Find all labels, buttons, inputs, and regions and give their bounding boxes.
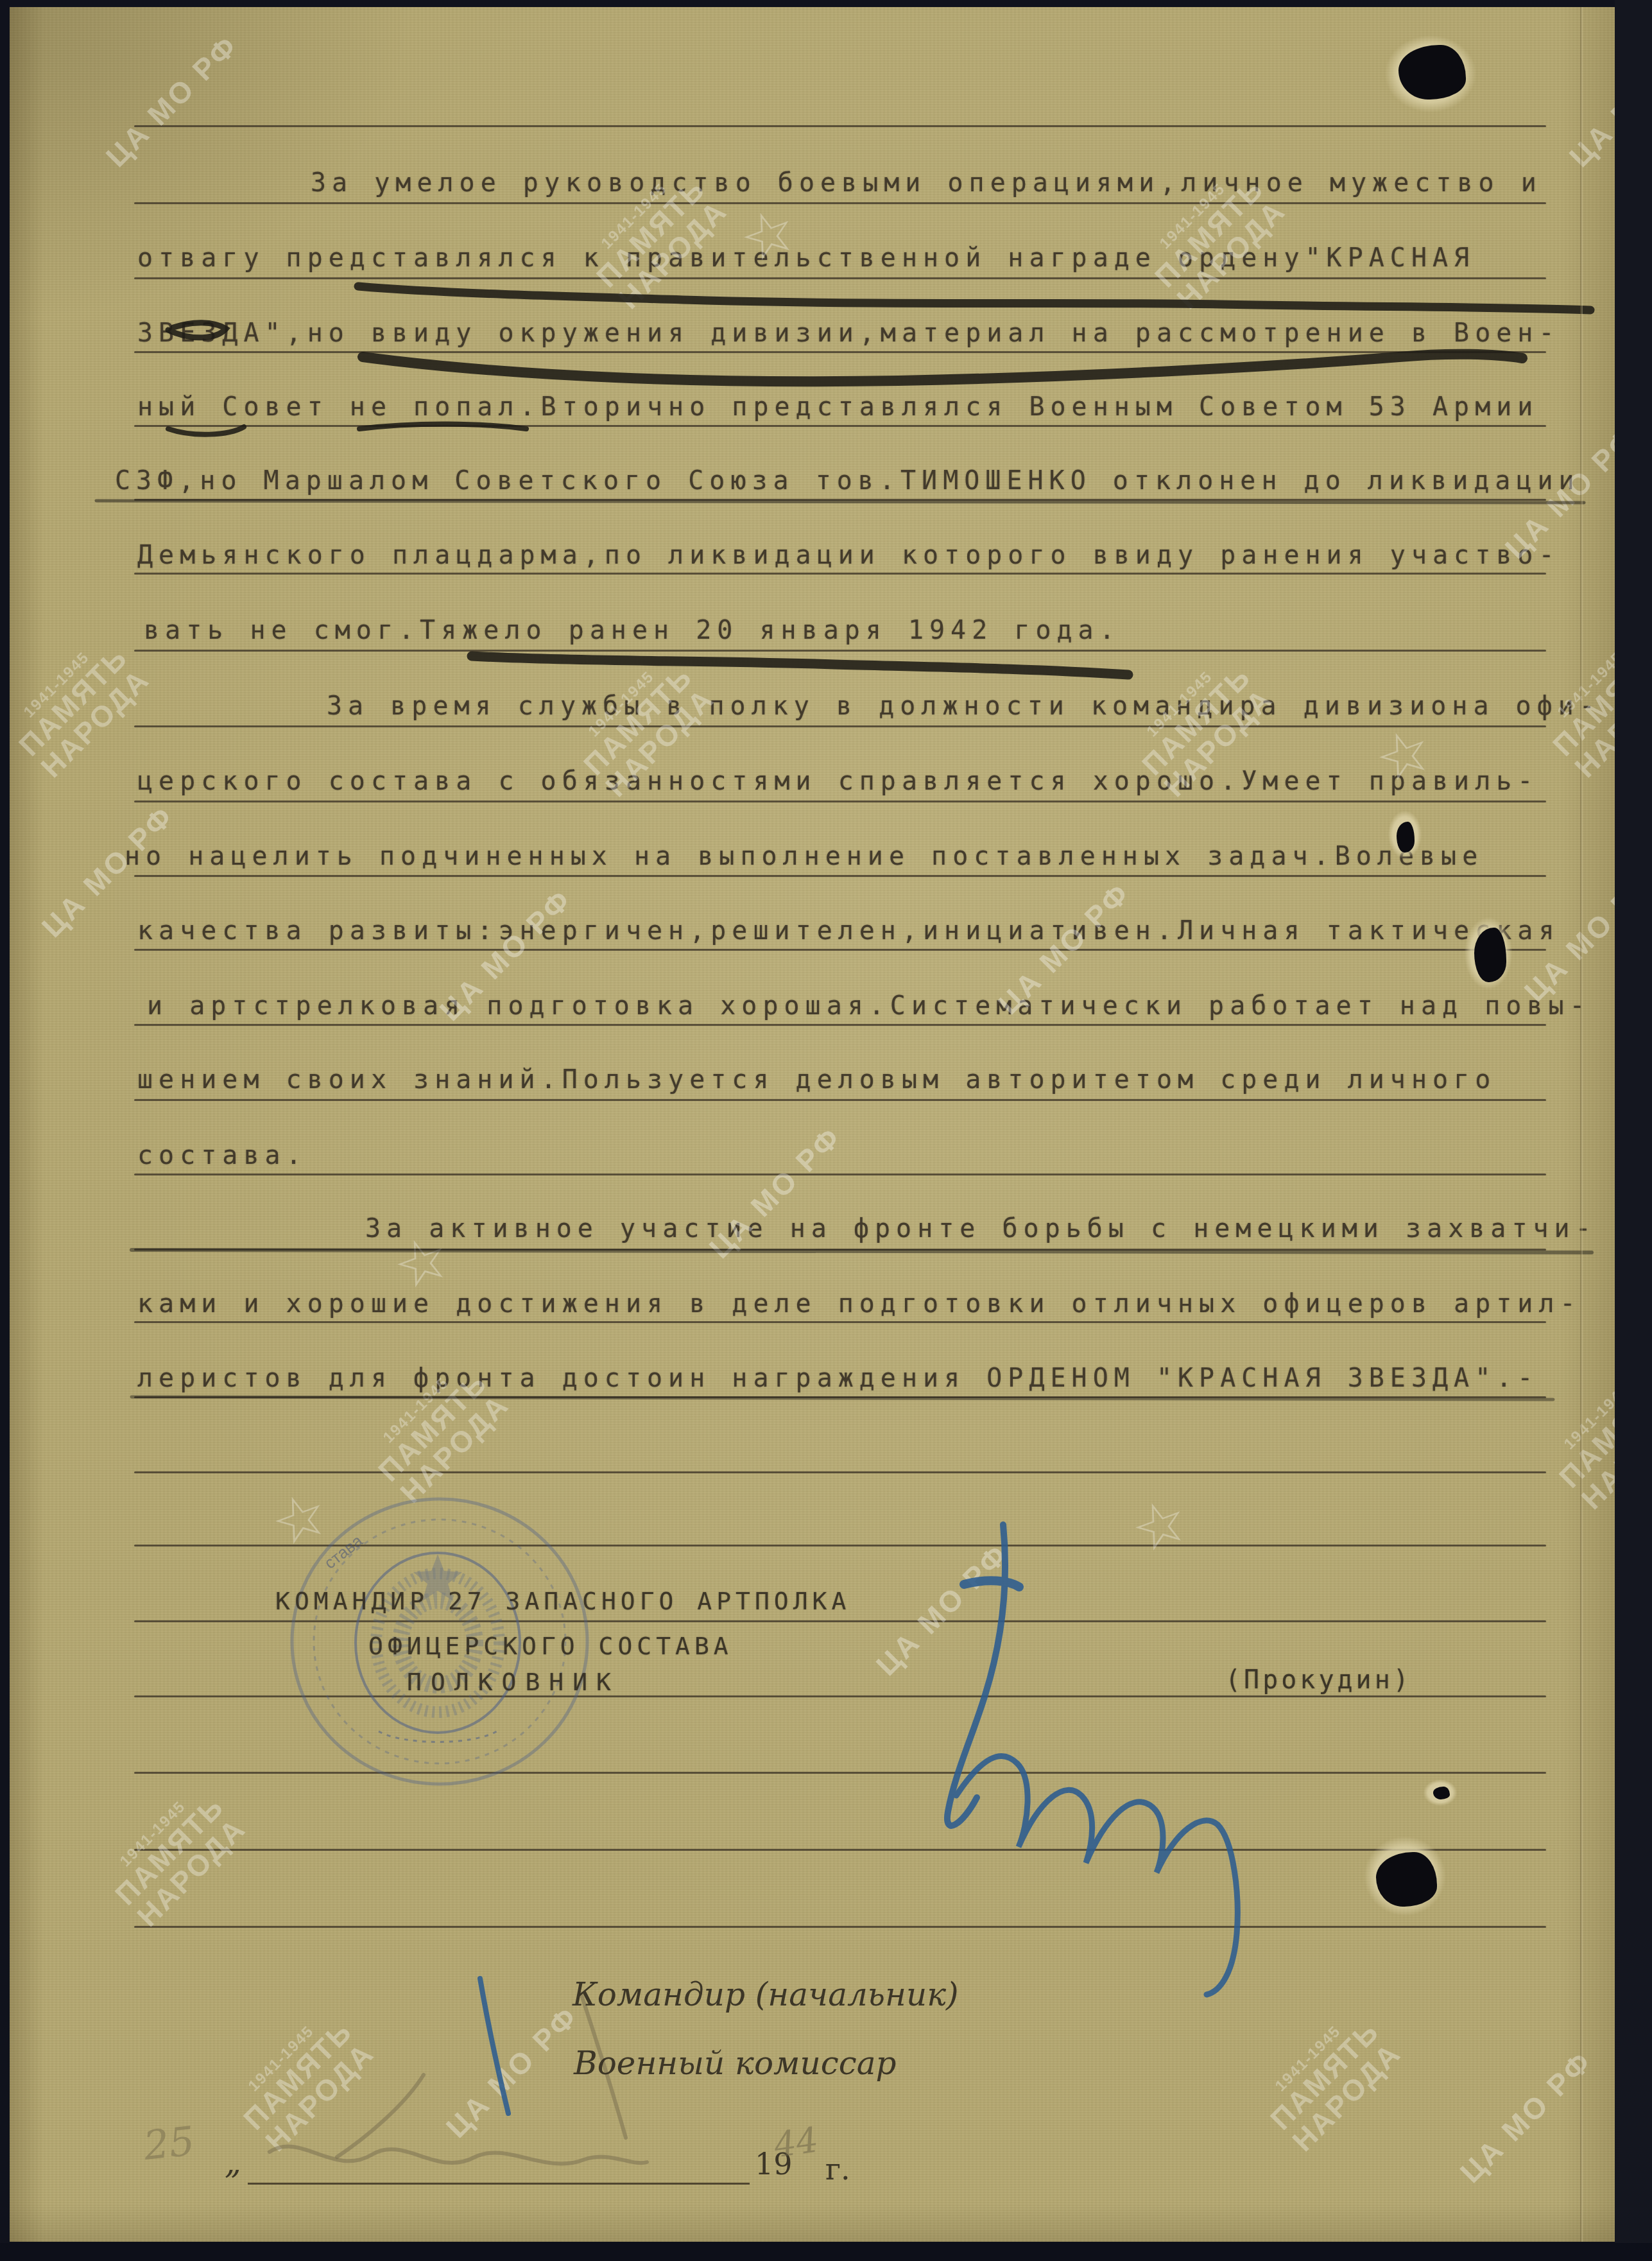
watermark-memory-text: 1941-1945ПАМЯТЬНАРОДА	[98, 1779, 252, 1932]
scanned-document-page: За умелое руководство боевыми операциями…	[0, 0, 1652, 2261]
typed-line: ный Совет не попал.Вторично представлялс…	[137, 392, 1538, 422]
paper-hole	[1382, 802, 1427, 867]
typed-line: и артстрелковая подготовка хорошая.Систе…	[147, 991, 1591, 1021]
signee-name: (Прокудин)	[1225, 1665, 1412, 1695]
date-fill-line	[248, 2183, 750, 2185]
paper-sheet: За умелое руководство боевыми операциями…	[9, 6, 1617, 2242]
paper-hole	[1350, 1823, 1459, 1929]
ruled-line	[134, 425, 1546, 427]
ruled-line	[134, 351, 1546, 353]
ruled-line	[134, 1772, 1546, 1774]
ruled-line	[134, 1545, 1546, 1546]
watermark-memory-text: 1941-1945ПАМЯТЬНАРОДА	[1253, 2004, 1407, 2157]
ruled-line	[134, 1471, 1546, 1473]
ruled-line	[134, 277, 1546, 279]
typed-line: ЗВЕЗДА",но ввиду окружения дивизии,матер…	[137, 318, 1560, 348]
hole-dark-center	[1398, 45, 1466, 100]
hole-dark-center	[1433, 1787, 1450, 1799]
ruled-line	[134, 1174, 1546, 1175]
watermark-memory-text: 1941-1945ПАМЯТЬНАРОДА	[2, 630, 155, 783]
commissar-label: Военный комиссар	[574, 2045, 897, 2082]
watermark-star-icon: ☆	[261, 1476, 338, 1563]
commander-label: Командир (начальник)	[572, 1976, 959, 2013]
hole-dark-center	[1474, 928, 1506, 982]
year-g-label: г.	[825, 2152, 850, 2187]
pen-underline	[363, 354, 1522, 382]
ruled-line	[134, 1849, 1546, 1851]
ruled-line	[134, 202, 1546, 204]
typed-line: церского состава с обязанностями справля…	[137, 767, 1538, 796]
paper-hole	[1370, 22, 1492, 125]
pen-underline	[358, 286, 1590, 310]
ruled-line	[134, 125, 1546, 127]
watermark-archive-text: ЦА МО РФ	[869, 1536, 1015, 1683]
scan-edge-right	[1615, 0, 1652, 2261]
handwritten-year-suffix: 44	[771, 2120, 821, 2166]
typed-line: шением своих знаний.Пользуется деловым а…	[137, 1065, 1496, 1095]
scan-edge-bottom	[0, 2243, 1652, 2261]
ruled-line	[134, 949, 1546, 951]
ruled-line	[134, 1695, 1546, 1697]
scan-edge-top	[0, 0, 1652, 7]
hole-dark-center	[1376, 1852, 1437, 1907]
typed-line: качества развиты:энергичен,решителен,ини…	[137, 916, 1560, 946]
ruled-line	[134, 1024, 1546, 1026]
typed-line: За умелое руководство боевыми операциями…	[311, 168, 1542, 198]
watermark-memory-text: 1941-1945ПАМЯТЬНАРОДА	[227, 2004, 380, 2157]
watermark-archive-text: ЦА МО РФ	[439, 1998, 585, 2145]
ruled-line	[134, 1926, 1546, 1928]
hole-dark-center	[1397, 822, 1415, 853]
ruled-line	[134, 1321, 1546, 1323]
fold-crease	[1580, 6, 1583, 2242]
paper-hole	[1418, 1775, 1463, 1810]
ruled-line	[134, 1249, 1546, 1251]
ruled-line	[134, 1099, 1546, 1101]
ruled-line	[134, 573, 1546, 575]
ruled-line	[134, 1396, 1546, 1398]
typed-line: ками и хорошие достижения в деле подгото…	[137, 1289, 1581, 1319]
ruled-line	[134, 499, 1546, 501]
ruled-line	[134, 801, 1546, 802]
typed-line: но нацелить подчиненных на выполнение по…	[125, 842, 1483, 871]
typed-line: вать не смог.Тяжело ранен 20 января 1942…	[144, 616, 1121, 645]
signature-block-line1: КОМАНДИР 27 ЗАПАСНОГО АРТПОЛКА	[275, 1587, 850, 1615]
ruled-line	[134, 875, 1546, 877]
typed-line: леристов для фронта достоин награждения …	[137, 1364, 1538, 1393]
pen-underline	[472, 656, 1128, 675]
watermark-star-icon: ☆	[1121, 1482, 1198, 1569]
signature-block-line2: ОФИЦЕРСКОГО СОСТАВА	[368, 1632, 733, 1660]
typed-line: Демьянского плацдарма,по ликвидации кото…	[137, 541, 1560, 570]
paper-hole	[1456, 905, 1520, 1001]
handwritten-day: 25	[141, 2117, 196, 2169]
watermark-archive-text: ЦА МО РФ	[1453, 2043, 1599, 2190]
typed-line: За активное участие на фронте борьбы с н…	[365, 1214, 1597, 1243]
typed-line: состава.	[137, 1141, 307, 1170]
pen-underline	[96, 501, 1584, 503]
scan-edge-left	[0, 0, 10, 2261]
typed-line: СЗФ,но Маршалом Советского Союза тов.ТИМ…	[115, 466, 1580, 496]
ruled-line	[134, 1620, 1546, 1622]
signature-block-line3: ПОЛКОВНИК	[407, 1668, 620, 1696]
ruled-line	[134, 725, 1546, 727]
open-quote-mark: „	[225, 2144, 241, 2181]
watermark-archive-text: ЦА МО РФ	[99, 28, 245, 174]
ruled-line	[134, 650, 1546, 652]
